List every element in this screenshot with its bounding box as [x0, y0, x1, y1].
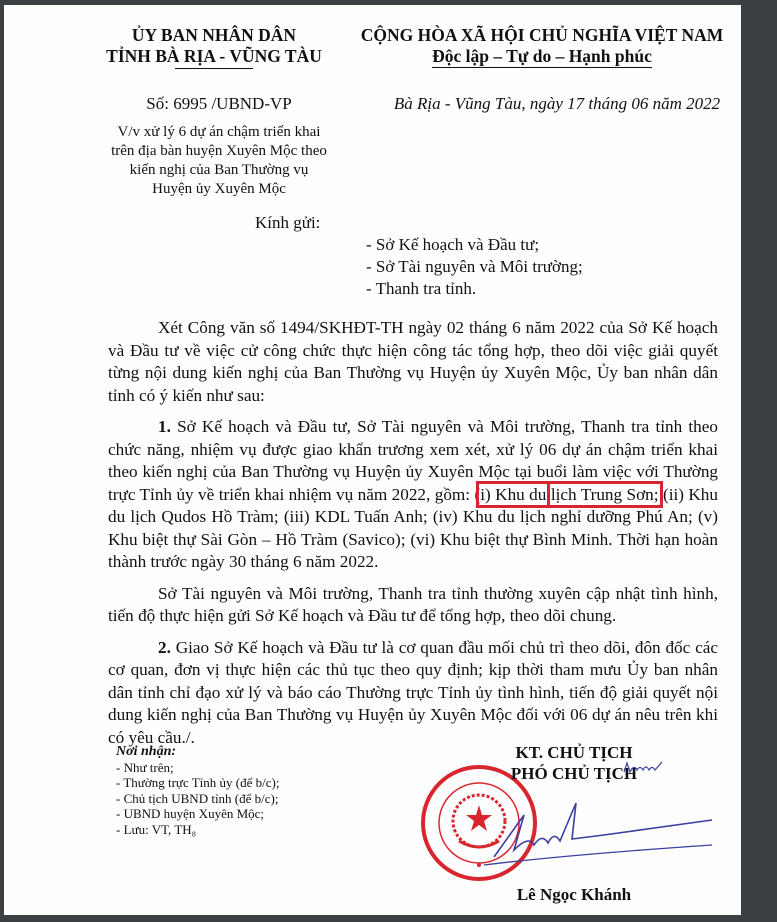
footer-recipient: - UBND huyện Xuyên Mộc; — [116, 806, 279, 822]
subject-line: trên địa bàn huyện Xuyên Mộc theo — [104, 142, 334, 161]
highlight-box: i) Khu du — [480, 485, 546, 504]
item-1-number: 1. — [158, 417, 171, 436]
recipient-item: - Thanh tra tỉnh. — [366, 278, 583, 300]
footer-recipient: - Như trên; — [116, 760, 279, 776]
authority-line-2: TỈNH BÀ RỊA - VŨNG TÀU — [94, 46, 334, 67]
item-1-paragraph: 1. Sở Kế hoạch và Đầu tư, Sở Tài nguyên … — [108, 416, 718, 574]
item-2-text: Giao Sở Kế hoạch và Đầu tư là cơ quan đầ… — [108, 638, 718, 747]
subject-line: kiến nghị của Ban Thường vụ — [104, 161, 334, 180]
document-page: ỦY BAN NHÂN DÂN TỈNH BÀ RỊA - VŨNG TÀU C… — [4, 5, 741, 915]
intro-paragraph: Xét Công văn số 1494/SKHĐT-TH ngày 02 th… — [108, 317, 718, 407]
authority-line-1: ỦY BAN NHÂN DÂN — [94, 25, 334, 46]
footer-recipient: - Chủ tịch UBND tỉnh (để b/c); — [116, 791, 279, 807]
recipient-item: - Sở Kế hoạch và Đầu tư; — [366, 234, 583, 256]
recipient-item: - Sở Tài nguyên và Môi trường; — [366, 256, 583, 278]
document-body: Xét Công văn số 1494/SKHĐT-TH ngày 02 th… — [108, 317, 718, 749]
issuing-authority: ỦY BAN NHÂN DÂN TỈNH BÀ RỊA - VŨNG TÀU — [94, 25, 334, 67]
footer-recipient: - Thường trực Tỉnh ủy (để b/c); — [116, 775, 279, 791]
item-1-followup-paragraph: Sở Tài nguyên và Môi trường, Thanh tra t… — [108, 583, 718, 628]
item-2-number: 2. — [158, 638, 171, 657]
place-date: Bà Rịa - Vũng Tàu, ngày 17 tháng 06 năm … — [384, 94, 730, 114]
country-name: CỘNG HÒA XÃ HỘI CHỦ NGHĨA VIỆT NAM — [352, 25, 732, 46]
footer-recipient: - Lưu: VT, TH₈ — [116, 822, 279, 838]
national-motto: Độc lập – Tự do – Hạnh phúc — [432, 46, 652, 68]
national-title: CỘNG HÒA XÃ HỘI CHỦ NGHĨA VIỆT NAM Độc l… — [352, 25, 732, 68]
document-number: Số: 6995 /UBND-VP — [104, 94, 334, 114]
recipients-footer-title: Nơi nhận: — [116, 744, 279, 760]
signer-name: Lê Ngọc Khánh — [474, 885, 674, 905]
subject-block: V/v xử lý 6 dự án chậm triển khai trên đ… — [104, 123, 334, 199]
subject-line: V/v xử lý 6 dự án chậm triển khai — [104, 123, 334, 142]
addressed-recipients: - Sở Kế hoạch và Đầu tư; - Sở Tài nguyên… — [366, 234, 583, 300]
initial-mark-icon — [622, 760, 672, 776]
highlight-box: lịch Trung Sơn; — [551, 485, 659, 504]
addressed-to-label: Kính gửi: — [255, 213, 320, 233]
recipients-footer: Nơi nhận: - Như trên; - Thường trực Tỉnh… — [116, 744, 279, 837]
handwritten-signature-icon — [484, 795, 714, 875]
subject-line: Huyện ủy Xuyên Mộc — [104, 180, 334, 199]
authority-underline — [175, 68, 253, 69]
item-2-paragraph: 2. Giao Sở Kế hoạch và Đầu tư là cơ quan… — [108, 637, 718, 750]
